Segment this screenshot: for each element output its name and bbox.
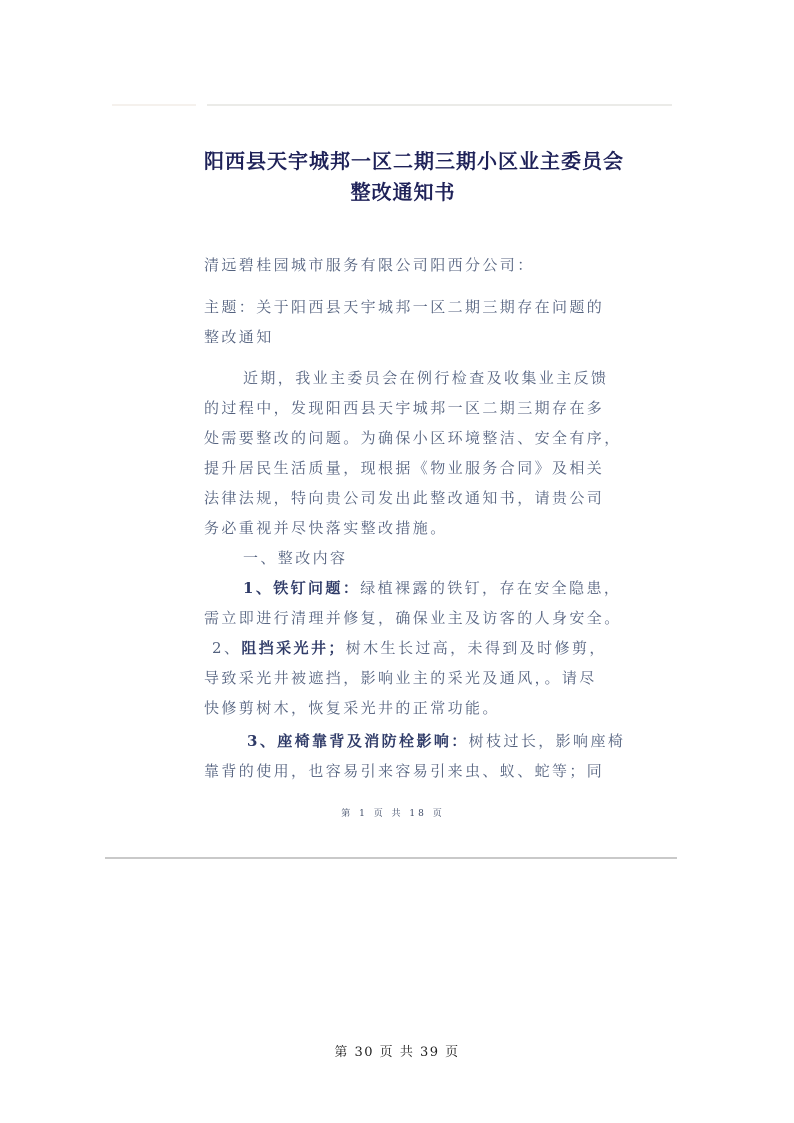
item-3-label: 3、座椅靠背及消防栓影响： [247, 732, 469, 750]
body-line: 的过程中，发现阳西县天宇城邦一区二期三期存在多 [204, 393, 602, 423]
salutation-line: 清远碧桂园城市服务有限公司阳西分公司： [204, 250, 602, 280]
item-1-line: 1、铁钉问题：绿植裸露的铁钉，存在安全隐患， [204, 573, 602, 603]
item-2-line: 2、阻挡采光井；树木生长过高，未得到及时修剪， [204, 633, 602, 663]
document-body: 阳西县天宇城邦一区二期三期小区业主委员会 整改通知书 清远碧桂园城市服务有限公司… [204, 146, 602, 786]
item-1-label: 1、铁钉问题： [243, 579, 360, 597]
body-line: 处需要整改的问题。为确保小区环境整洁、安全有序， [204, 423, 602, 453]
page-top-edge-left [112, 104, 196, 106]
document-title-line1: 阳西县天宇城邦一区二期三期小区业主委员会 [204, 146, 602, 177]
page-bottom-edge [105, 857, 677, 859]
item-3-line: 3、座椅靠背及消防栓影响：树枝过长，影响座椅 [204, 726, 602, 756]
body-line: 务必重视并尽快落实整改措施。 [204, 513, 602, 543]
body-line: 快修剪树木，恢复采光井的正常功能。 [204, 693, 602, 723]
body-line: 提升居民生活质量，现根据《物业服务合同》及相关 [204, 453, 602, 483]
body-line: 导致采光井被遮挡，影响业主的采光及通风，。请尽 [204, 663, 602, 693]
item-2-label: 阻挡采光井； [241, 639, 345, 657]
document-page-number: 第 1 页 共 18 页 [110, 806, 676, 819]
pdf-page: { "document": { "title_line1": "阳西县天宇城邦一… [0, 0, 794, 1123]
subject-line-1: 主题：关于阳西县天宇城邦一区二期三期存在问题的 [204, 292, 602, 322]
body-line: 需立即进行清理并修复，确保业主及访客的人身安全。 [204, 603, 602, 633]
document-title-line2: 整改通知书 [204, 177, 602, 208]
subject-line-2: 整改通知 [204, 322, 602, 352]
section-heading: 一、整改内容 [204, 543, 602, 573]
body-line: 近期，我业主委员会在例行检查及收集业主反馈 [204, 363, 602, 393]
viewer-page-number: 第 30 页 共 39 页 [0, 1041, 794, 1060]
body-line: 法律法规，特向贵公司发出此整改通知书，请贵公司 [204, 483, 602, 513]
page-top-edge [207, 104, 672, 106]
body-line: 靠背的使用，也容易引来容易引来虫、蚁、蛇等；同 [204, 756, 602, 786]
